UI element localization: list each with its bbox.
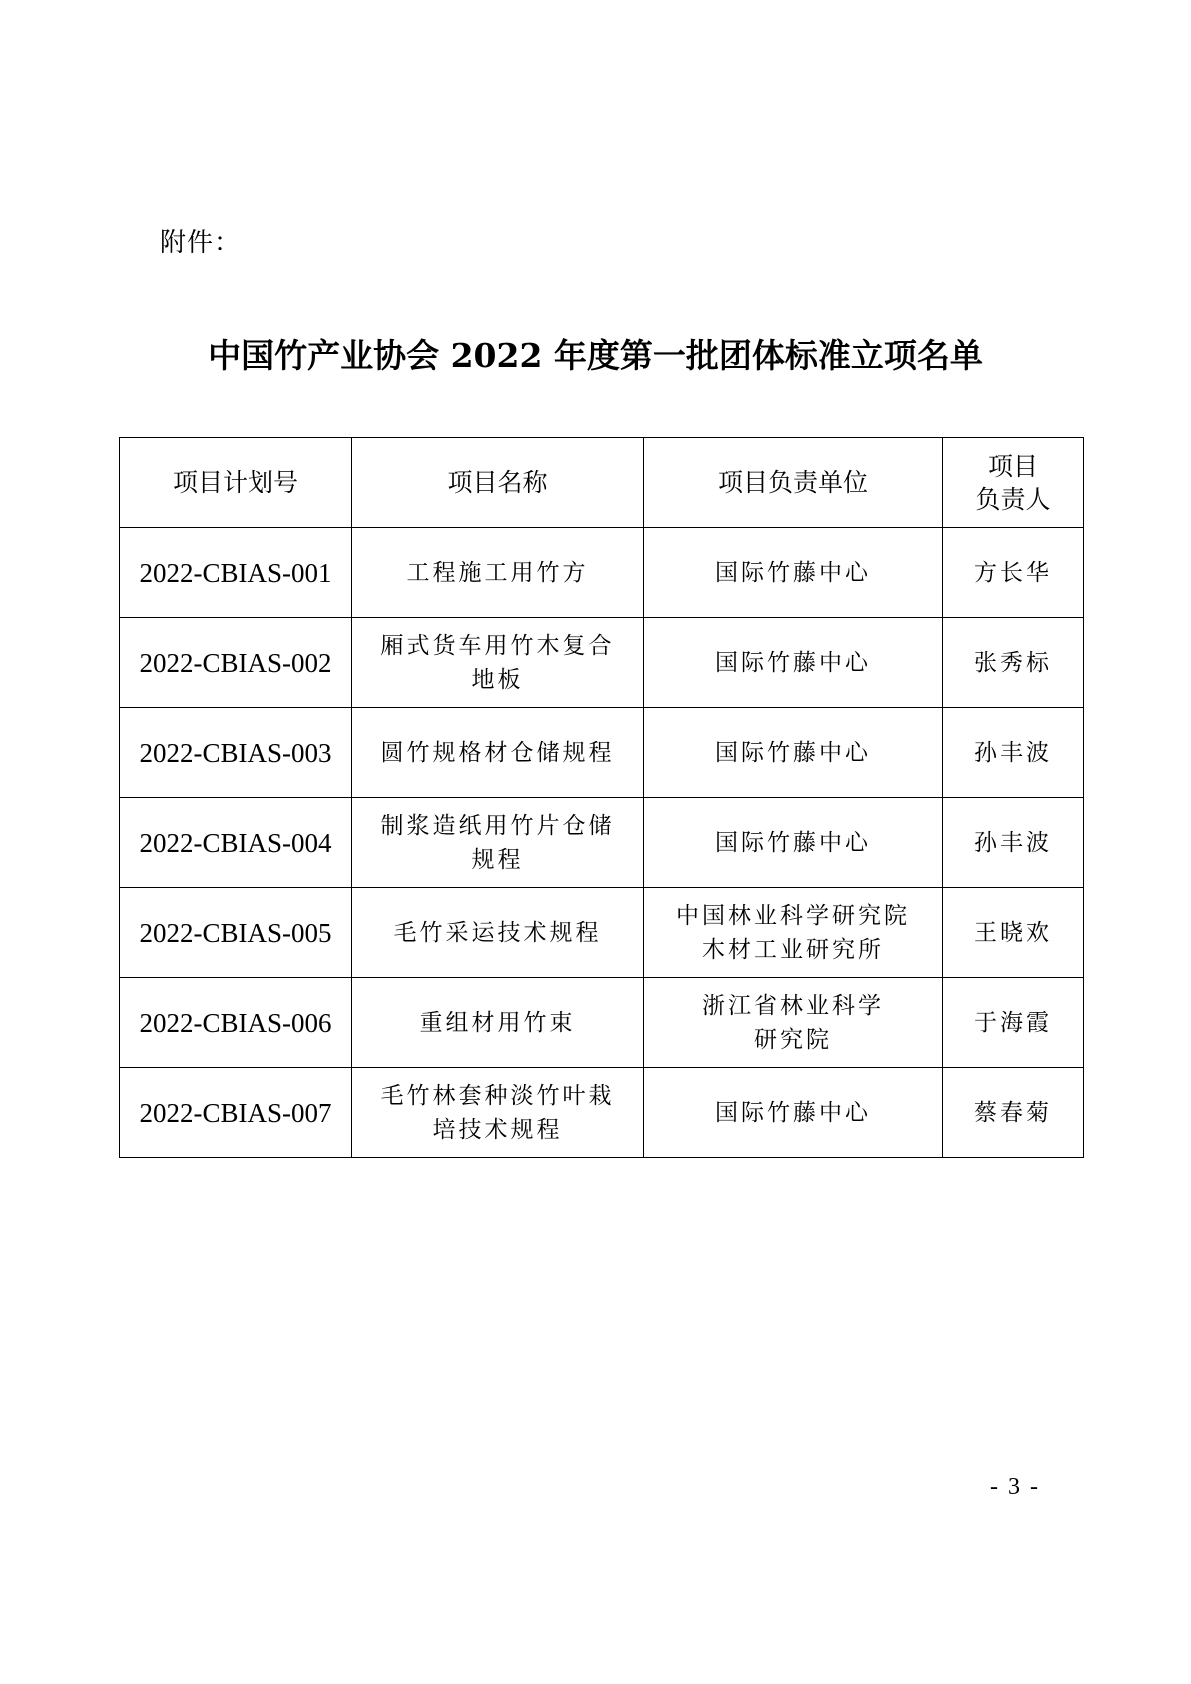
- table-row: 2022-CBIAS-005毛竹采运技术规程中国林业科学研究院木材工业研究所王晓…: [120, 888, 1084, 978]
- unit-line1: 国际竹藤中心: [648, 826, 938, 860]
- unit-line1: 国际竹藤中心: [648, 1096, 938, 1130]
- plan-number-cell: 2022-CBIAS-005: [120, 888, 352, 978]
- header-project-name: 项目名称: [352, 438, 644, 528]
- project-name-line1: 毛竹林套种淡竹叶栽: [356, 1079, 639, 1113]
- project-name-cell: 厢式货车用竹木复合地板: [352, 618, 644, 708]
- responsible-unit-cell: 国际竹藤中心: [644, 618, 943, 708]
- table-header-row: 项目计划号 项目名称 项目负责单位 项目 负责人: [120, 438, 1084, 528]
- unit-line1: 国际竹藤中心: [648, 646, 938, 680]
- header-plan-no: 项目计划号: [120, 438, 352, 528]
- document-title: 中国竹产业协会 2022 年度第一批团体标准立项名单: [0, 330, 1191, 377]
- project-name-line1: 制浆造纸用竹片仓储: [356, 809, 639, 843]
- project-name-cell: 圆竹规格材仓储规程: [352, 708, 644, 798]
- project-name-cell: 工程施工用竹方: [352, 528, 644, 618]
- responsible-unit-cell: 国际竹藤中心: [644, 1068, 943, 1158]
- table-row: 2022-CBIAS-003圆竹规格材仓储规程国际竹藤中心孙丰波: [120, 708, 1084, 798]
- table-row: 2022-CBIAS-006重组材用竹束浙江省林业科学研究院于海霞: [120, 978, 1084, 1068]
- table-row: 2022-CBIAS-007毛竹林套种淡竹叶栽培技术规程国际竹藤中心蔡春菊: [120, 1068, 1084, 1158]
- responsible-unit-cell: 国际竹藤中心: [644, 798, 943, 888]
- table-row: 2022-CBIAS-001工程施工用竹方国际竹藤中心方长华: [120, 528, 1084, 618]
- leader-cell: 于海霞: [943, 978, 1084, 1068]
- project-name-cell: 毛竹采运技术规程: [352, 888, 644, 978]
- plan-number-cell: 2022-CBIAS-007: [120, 1068, 352, 1158]
- project-name-cell: 制浆造纸用竹片仓储规程: [352, 798, 644, 888]
- unit-line1: 国际竹藤中心: [648, 556, 938, 590]
- responsible-unit-cell: 国际竹藤中心: [644, 708, 943, 798]
- project-name-line1: 圆竹规格材仓储规程: [356, 736, 639, 770]
- unit-line2: 木材工业研究所: [648, 933, 938, 967]
- table-row: 2022-CBIAS-002厢式货车用竹木复合地板国际竹藤中心张秀标: [120, 618, 1084, 708]
- responsible-unit-cell: 中国林业科学研究院木材工业研究所: [644, 888, 943, 978]
- project-name-cell: 重组材用竹束: [352, 978, 644, 1068]
- header-leader: 项目 负责人: [943, 438, 1084, 528]
- responsible-unit-cell: 浙江省林业科学研究院: [644, 978, 943, 1068]
- leader-cell: 方长华: [943, 528, 1084, 618]
- project-name-line1: 工程施工用竹方: [356, 556, 639, 590]
- project-name-line1: 厢式货车用竹木复合: [356, 629, 639, 663]
- responsible-unit-cell: 国际竹藤中心: [644, 528, 943, 618]
- leader-cell: 王晓欢: [943, 888, 1084, 978]
- project-name-line1: 毛竹采运技术规程: [356, 916, 639, 950]
- project-name-line1: 重组材用竹束: [356, 1006, 639, 1040]
- leader-cell: 蔡春菊: [943, 1068, 1084, 1158]
- plan-number-cell: 2022-CBIAS-002: [120, 618, 352, 708]
- table-row: 2022-CBIAS-004制浆造纸用竹片仓储规程国际竹藤中心孙丰波: [120, 798, 1084, 888]
- unit-line1: 中国林业科学研究院: [648, 899, 938, 933]
- plan-number-cell: 2022-CBIAS-006: [120, 978, 352, 1068]
- leader-cell: 孙丰波: [943, 798, 1084, 888]
- project-name-line2: 地板: [356, 663, 639, 697]
- unit-line1: 浙江省林业科学: [648, 989, 938, 1023]
- plan-number-cell: 2022-CBIAS-004: [120, 798, 352, 888]
- header-leader-line2: 负责人: [947, 483, 1079, 516]
- unit-line1: 国际竹藤中心: [648, 736, 938, 770]
- plan-number-cell: 2022-CBIAS-001: [120, 528, 352, 618]
- leader-cell: 孙丰波: [943, 708, 1084, 798]
- plan-number-cell: 2022-CBIAS-003: [120, 708, 352, 798]
- leader-cell: 张秀标: [943, 618, 1084, 708]
- project-list-table: 项目计划号 项目名称 项目负责单位 项目 负责人 2022-CBIAS-001工…: [119, 437, 1084, 1158]
- project-name-line2: 规程: [356, 843, 639, 877]
- header-unit: 项目负责单位: [644, 438, 943, 528]
- project-name-line2: 培技术规程: [356, 1113, 639, 1147]
- project-name-cell: 毛竹林套种淡竹叶栽培技术规程: [352, 1068, 644, 1158]
- attachment-label: 附件：: [160, 222, 241, 259]
- page-number: - 3 -: [990, 1474, 1040, 1501]
- header-leader-line1: 项目: [947, 450, 1079, 483]
- unit-line2: 研究院: [648, 1023, 938, 1057]
